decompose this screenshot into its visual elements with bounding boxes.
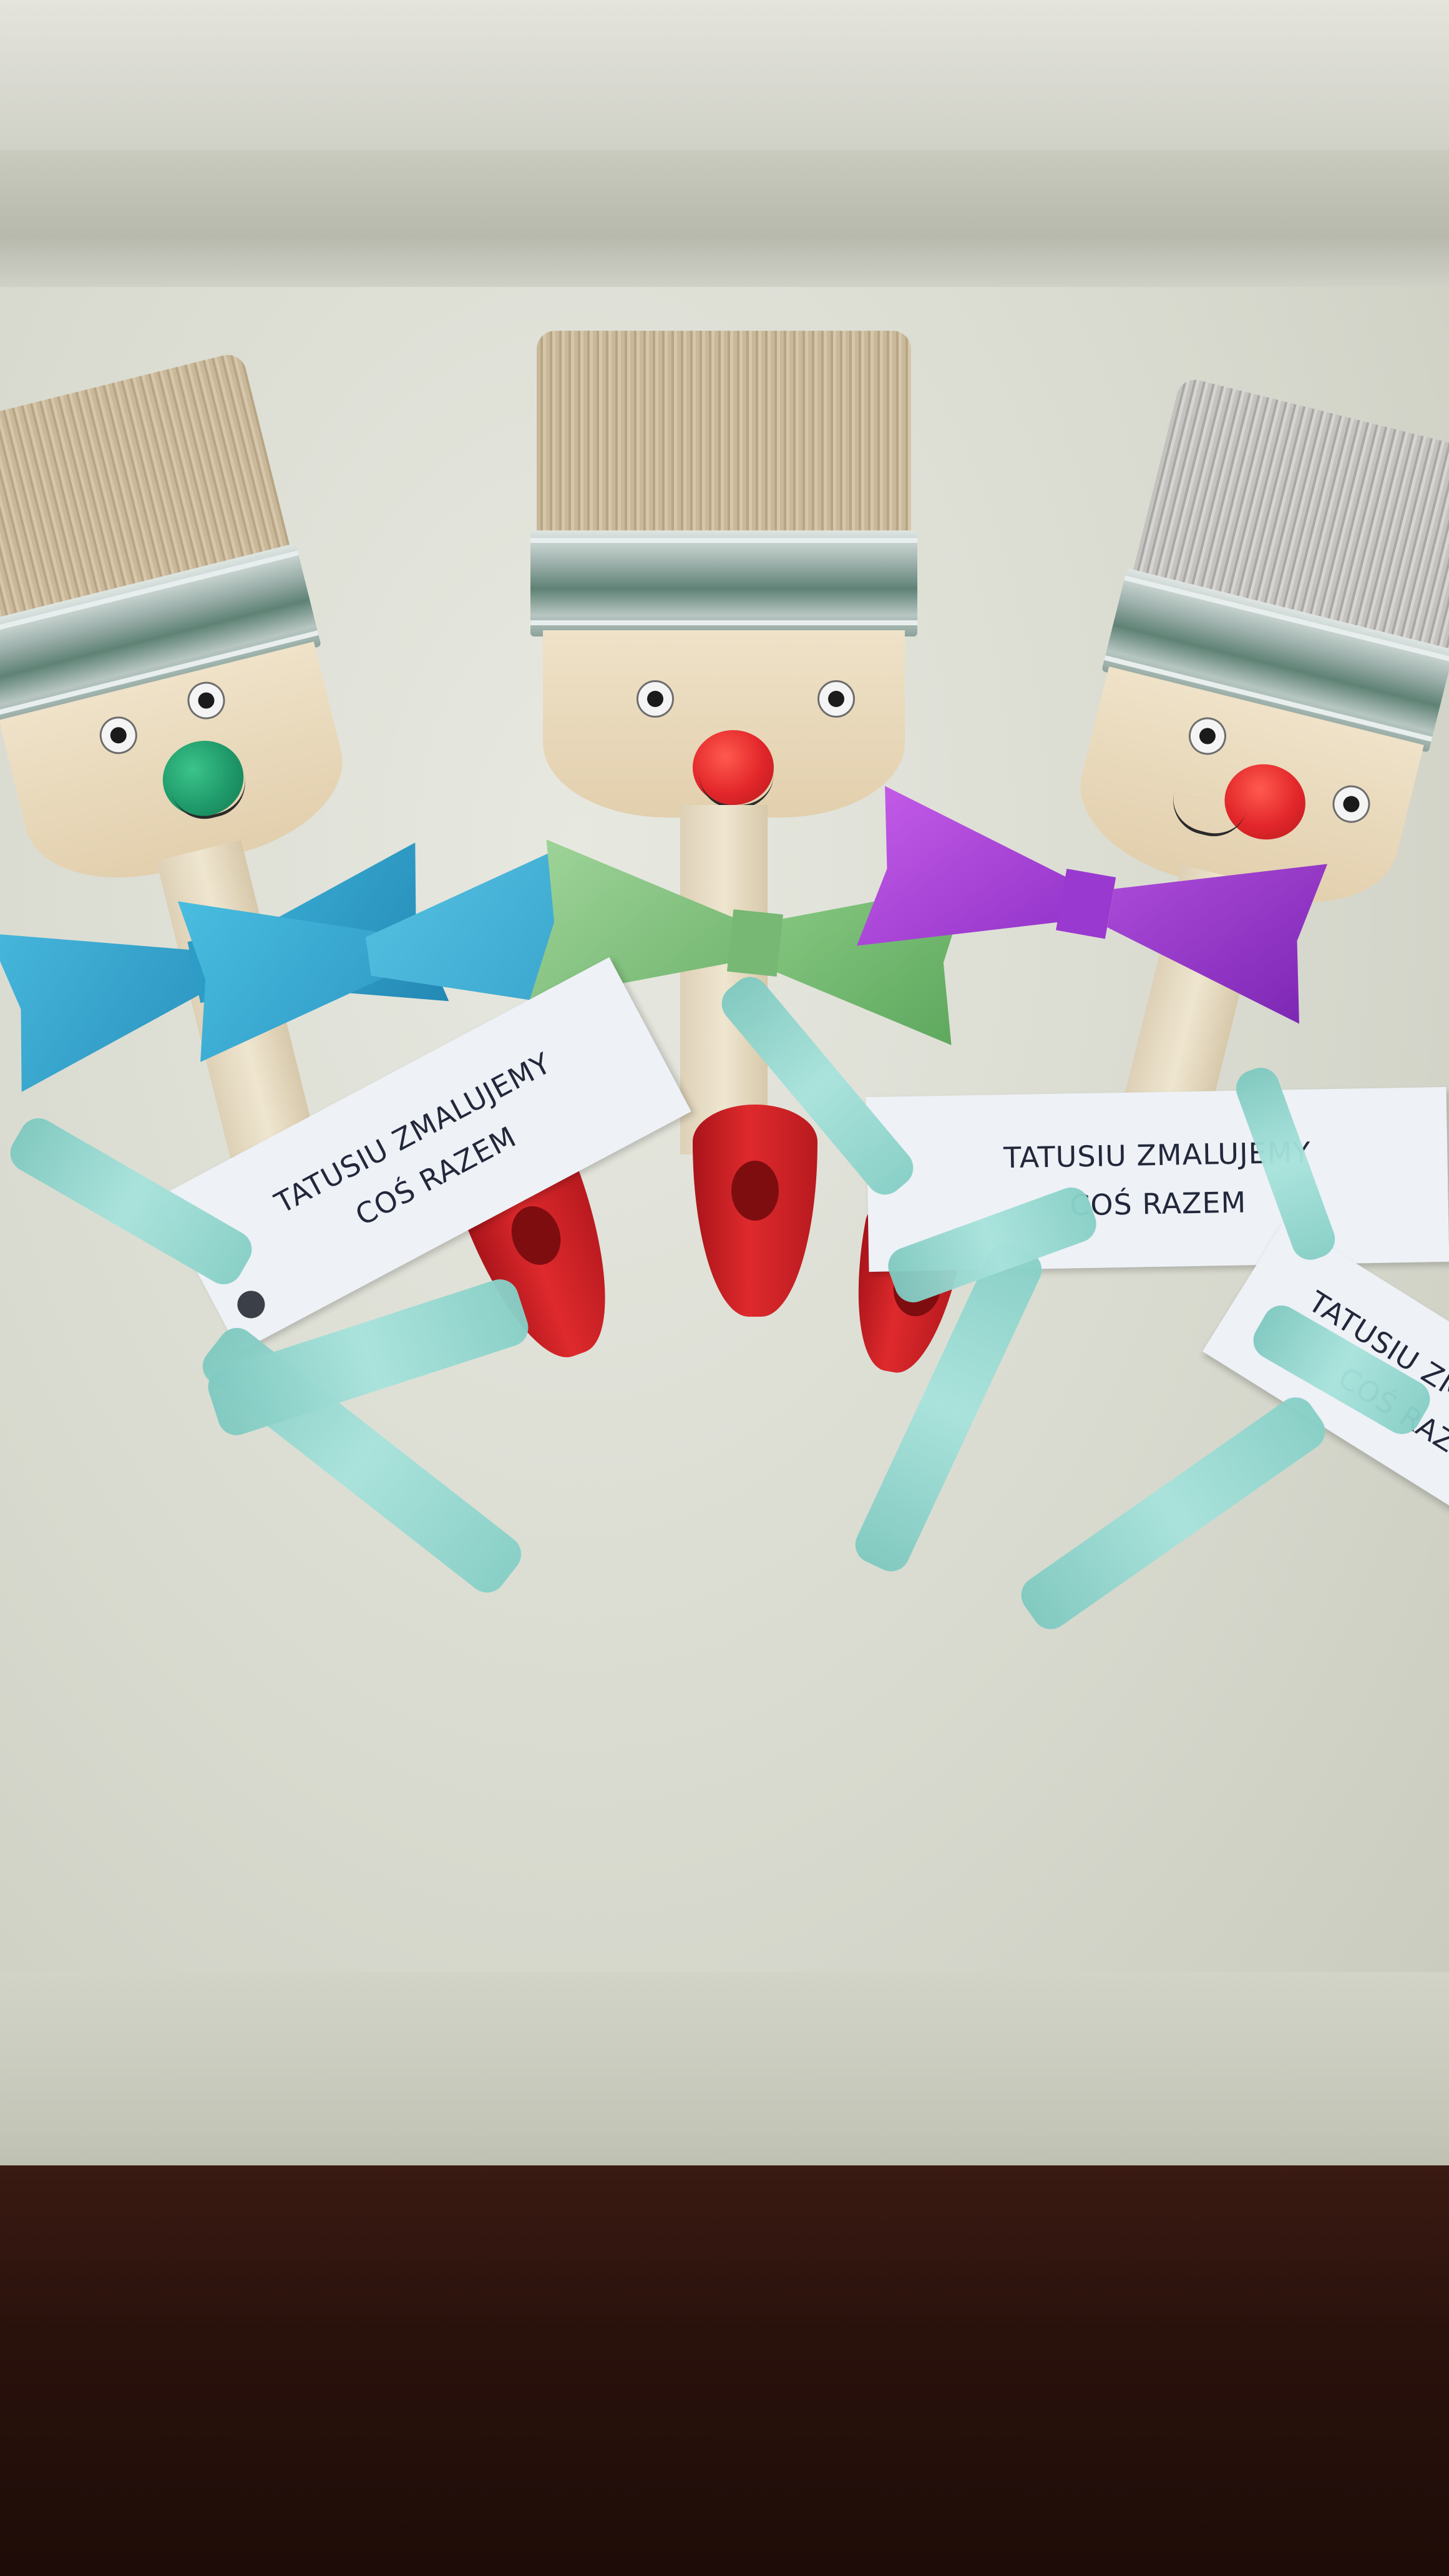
red-handle-grip bbox=[693, 1105, 817, 1317]
googly-eye-left bbox=[1185, 713, 1231, 759]
windowsill-front-edge bbox=[0, 1972, 1449, 2197]
wooden-face bbox=[543, 630, 905, 817]
googly-eye-right bbox=[183, 678, 229, 723]
googly-eye-left bbox=[637, 680, 674, 718]
metal-ferrule bbox=[530, 530, 917, 637]
bristles bbox=[537, 331, 911, 543]
googly-eye-right bbox=[1329, 781, 1374, 827]
wall bbox=[0, 0, 1449, 156]
drawn-smile bbox=[699, 774, 774, 808]
window-frame-edge bbox=[0, 150, 1449, 293]
tag-hole bbox=[233, 1286, 270, 1324]
pompom-nose bbox=[1217, 756, 1314, 848]
googly-eye-right bbox=[817, 680, 855, 718]
floor bbox=[0, 2165, 1449, 2576]
googly-eye-left bbox=[95, 713, 141, 758]
